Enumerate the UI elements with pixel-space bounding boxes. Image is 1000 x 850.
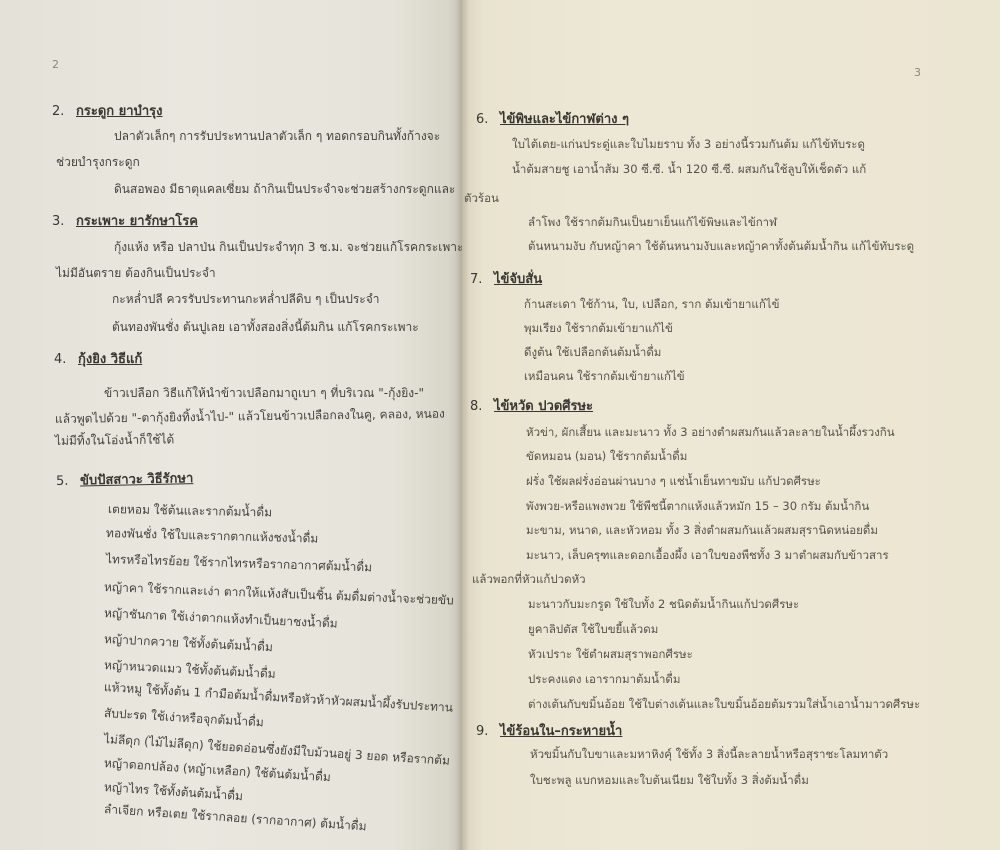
text-line: ตัวร้อน (464, 190, 499, 208)
text-line: เหมือนคน ใช้รากต้มเข้ายาแก้ไข้ (524, 368, 685, 386)
text-line: ต้นทองพันชั่ง ต้นปูเลย เอาทั้งสองสิ่งนี้… (112, 318, 419, 337)
text-line: แล้วพูดไปด้วย "-ตากุ้งยิงทิ้งน้ำไป-" แล้… (55, 405, 445, 429)
text-line: ประคงแดง เอารากมาต้มน้ำดื่ม (528, 671, 680, 689)
text-line: สับปะรด ใช้เง่าหรือจุกต้มน้ำดื่ม (103, 704, 264, 732)
left-page: 2 2.กระดูก ยาบำรุง ปลาตัวเล็กๆ การรับประ… (0, 0, 462, 850)
text-line: น้ำต้มสายชู เอาน้ำส้ม 30 ซี.ซี. น้ำ 120 … (512, 161, 866, 179)
text-line: หัวขมิ้นกับใบขาและมหาหิงคุ์ ใช้ทั้ง 3 สิ… (530, 746, 888, 764)
text-line: ลำโพง ใช้รากต้มกินเป็นยาเย็นแก้ไข้พิษและ… (528, 214, 777, 232)
text-line: พังพวย-หรือแพงพวย ใช้พืชนี้ตากแห้งแล้วหม… (526, 498, 869, 516)
text-line: มะนาว, เล็บครุฑและดอกเอื้องผึ้ง เอาใบของ… (526, 547, 889, 565)
text-line: ช่วยบำรุงกระดูก (56, 153, 140, 172)
text-line: ก้านสะเดา ใช้ก้าน, ใบ, เปลือก, ราก ต้มเข… (524, 296, 779, 314)
text-line: ไม่มีทิ้งในโอ่งน้ำก็ใช้ได้ (55, 430, 175, 451)
text-line: ยูคาลิปตัส ใช้ใบขยี้แล้วดม (528, 621, 658, 639)
text-line: มะนาวกับมะกรูด ใช้ใบทั้ง 2 ชนิดต้มน้ำกิน… (528, 596, 799, 614)
text-line: ใบไต้เตย-แก่นประดู่และใบไมยราบ ทั้ง 3 อย… (512, 136, 865, 154)
text-line: ดีงูต้น ใช้เปลือกต้นต้มน้ำดื่ม (524, 344, 661, 362)
text-line: ต้นหนามงับ กับหญ้าคา ใช้ต้นหนามงับและหญ้… (528, 238, 914, 256)
text-line: ขัดหมอน (มอน) ใช้รากต้มน้ำดื่ม (526, 448, 687, 466)
book-gutter (455, 0, 469, 850)
right-page: 3 6.ไข้พิษและไข้กาฬต่าง ๆ ใบไต้เตย-แก่นป… (462, 0, 1000, 850)
page-number-left: 2 (52, 58, 59, 71)
text-line: กุ้งแห้ง หรือ ปลาป่น กินเป็นประจำทุก 3 ช… (114, 238, 463, 257)
text-line: ไทรหรือไทรย้อย ใช้รากไทรหรือรากอากาศต้มน… (106, 550, 373, 577)
section-heading-internal-heat: 9.ไข้ร้อนใน–กระหายน้ำ (476, 720, 622, 741)
text-line: ใบชะพลู แบกหอมและใบต้นเนียม ใช้ใบทั้ง 3 … (530, 772, 809, 790)
section-heading-fever-toxic: 6.ไข้พิษและไข้กาฬต่าง ๆ (476, 108, 629, 129)
section-heading-malaria: 7.ไข้จับสั่น (470, 268, 542, 289)
text-line: ฝรั่ง ใช้ผลฝรั่งอ่อนผ่านบาง ๆ แช่น้ำเย็น… (526, 473, 821, 491)
section-heading-stomach: 3.กระเพาะ ยารักษาโรค (52, 210, 198, 231)
text-line: ต่างเต้นกับขมิ้นอ้อย ใช้ใบต่างเต้นและใบข… (528, 696, 920, 714)
text-line: พุมเรียง ใช้รากต้มเข้ายาแก้ไข้ (524, 320, 673, 338)
text-line: เตยหอม ใช้ต้นและรากต้มน้ำดื่ม (108, 500, 272, 522)
text-line: หญ้าปากควาย ใช้ทั้งต้นต้มน้ำดื่ม (104, 630, 274, 657)
text-line: หัวข่า, ผักเสี้ยน และมะนาว ทั้ง 3 อย่างต… (526, 424, 895, 442)
text-line: ดินสอพอง มีธาตุแคลเซี่ยม ถ้ากินเป็นประจำ… (114, 180, 455, 199)
section-heading-bone: 2.กระดูก ยาบำรุง (52, 100, 162, 121)
text-line: แล้วพอกที่หัวแก้ปวดหัว (472, 571, 586, 589)
open-book: 2 2.กระดูก ยาบำรุง ปลาตัวเล็กๆ การรับประ… (0, 0, 1000, 850)
text-line: ข้าวเปลือก วิธีแก้ให้นำข้าวเปลือกมาถูเบา… (104, 384, 424, 403)
text-line: ไม่มีอันตราย ต้องกินเป็นประจำ (56, 264, 216, 283)
text-line: ทองพันชั่ง ใช้ใบและรากตากแห้งชงน้ำดื่ม (106, 524, 319, 549)
text-line: กะหล่ำปลี ควรรับประทานกะหล่ำปลีดิบ ๆ เป็… (112, 290, 380, 309)
section-heading-cold-headache: 8.ไข้หวัด ปวดศีรษะ (470, 395, 593, 416)
text-line: หญ้าชันกาด ใช้เง่าตากแห้งทำเป็นยาชงน้ำดื… (104, 604, 338, 634)
text-line: หัวเปราะ ใช้ตำผสมสุราพอกศีรษะ (528, 646, 693, 664)
section-heading-stye: 4.กุ้งยิง วิธีแก้ (54, 348, 142, 369)
section-heading-diuretic: 5.ขับปัสสาวะ วิธีรักษา (56, 467, 194, 491)
text-line: มะขาม, หนาด, และหัวหอม ทั้ง 3 สิ่งตำผสมก… (526, 522, 878, 540)
page-number-right: 3 (914, 66, 921, 79)
text-line: ปลาตัวเล็กๆ การรับประทานปลาตัวเล็ก ๆ ทอด… (114, 127, 440, 146)
